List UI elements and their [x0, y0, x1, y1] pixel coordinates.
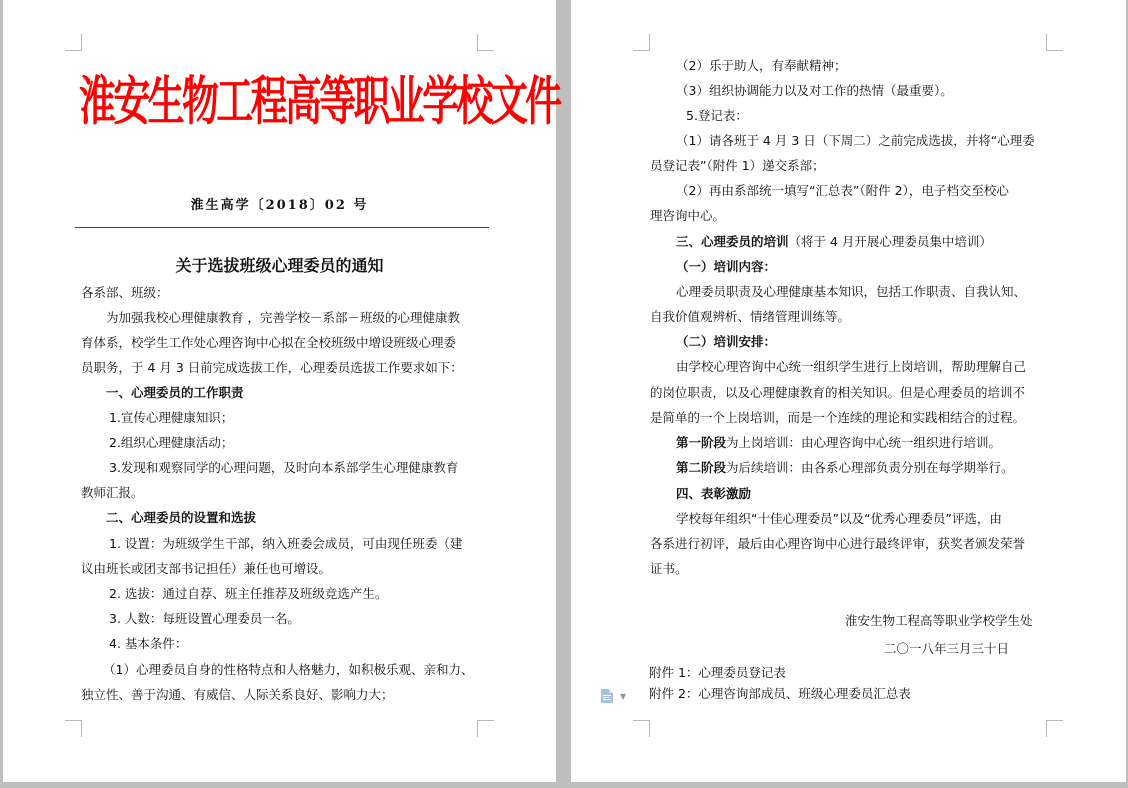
body-line: 育体系，校学生工作处心理咨询中心拟在全校班级中增设班级心理委 — [81, 334, 456, 352]
body-line: 的岗位职责，以及心理健康教育的相关知识。但是心理委员的培训不 — [650, 384, 1025, 402]
body-line: 员职务，于 4 月 3 日前完成选拔工作，心理委员选拔工作要求如下： — [81, 359, 463, 377]
body-line: 5.登记表： — [686, 107, 748, 125]
body-line: 心理委员职责及心理健康基本知识，包括工作职责、自我认知、 — [676, 283, 1026, 301]
margin-mark-top-left — [65, 34, 82, 51]
body-line: 1.宣传心理健康知识； — [109, 409, 233, 427]
body-line: 由学校心理咨询中心统一组织学生进行上岗培训，帮助理解自己 — [676, 358, 1026, 376]
paste-options-dropdown-icon[interactable]: ▼ — [620, 692, 626, 701]
section-heading-3-note: （将于 4 月开展心理委员集中培训） — [789, 234, 992, 249]
section-heading-2: 二、心理委员的设置和选拔 — [106, 509, 256, 527]
margin-mark-bottom-right — [1046, 720, 1063, 737]
margin-mark-top-left — [633, 34, 650, 51]
attachment-2: 附件 2：心理咨询部成员、班级心理委员汇总表 — [649, 685, 911, 703]
body-line: 各系进行初评，最后由心理咨询中心进行最终评审，获奖者颁发荣誉 — [650, 535, 1025, 553]
signature-date: 二〇一八年三月三十日 — [884, 640, 1009, 658]
salutation: 各系部、班级： — [81, 284, 169, 302]
margin-mark-top-right — [477, 34, 494, 51]
margin-mark-bottom-right — [477, 720, 494, 737]
document-number: 淮生高学〔2018〕02 号 — [3, 194, 556, 213]
body-line: （2）乐于助人，有奉献精神； — [676, 57, 846, 75]
red-divider — [75, 227, 489, 228]
subheading-training-content: （一）培训内容： — [676, 258, 776, 276]
stage-two-text: 为后续培训：由各系心理部负责分别在每学期举行。 — [726, 460, 1014, 475]
body-line: 2. 选拔：通过自荐、班主任推荐及班级竞选产生。 — [109, 585, 387, 603]
body-line: （2）再由系部统一填写“汇总表”（附件 2），电子档交至校心 — [676, 182, 1009, 200]
body-line: 4. 基本条件： — [109, 635, 187, 653]
section-heading-4: 四、表彰激励 — [676, 485, 751, 503]
attachment-1: 附件 1：心理委员登记表 — [649, 664, 786, 682]
section-heading-3-label: 三、心理委员的培训 — [676, 234, 789, 249]
body-line: 是简单的一个上岗培训，而是一个连续的理论和实践相结合的过程。 — [650, 409, 1025, 427]
notice-title: 关于选拔班级心理委员的通知 — [3, 253, 556, 276]
stage-one-line: 第一阶段为上岗培训：由心理咨询中心统一组织进行培训。 — [676, 434, 1001, 452]
body-line: 自我价值观辨析、情绪管理训练等。 — [650, 308, 850, 326]
body-line: 学校每年组织“十佳心理委员”以及“优秀心理委员”评选，由 — [676, 510, 1002, 528]
body-line: 教师汇报。 — [81, 484, 144, 502]
body-line: 证书。 — [650, 560, 688, 578]
body-line: 理咨询中心。 — [650, 207, 725, 225]
masthead-title: 淮安生物工程高等职业学校文件 — [79, 64, 452, 139]
body-line: 独立性、善于沟通、有威信、人际关系良好、影响力大； — [81, 686, 394, 704]
body-line: 议由班长或团支部书记担任）兼任也可增设。 — [81, 560, 331, 578]
body-line: （1）请各班于 4 月 3 日（下周二）之前完成选拔，并将“心理委 — [676, 132, 1035, 150]
body-line: 3.发现和观察同学的心理问题，及时向本系部学生心理健康教育 — [109, 459, 458, 477]
body-line: 3. 人数：每班设置心理委员一名。 — [109, 610, 300, 628]
section-heading-1: 一、心理委员的工作职责 — [106, 384, 244, 402]
signature-org: 淮安生物工程高等职业学校学生处 — [845, 612, 1033, 630]
stage-one-text: 为上岗培训：由心理咨询中心统一组织进行培训。 — [726, 435, 1001, 450]
document-page-2: （2）乐于助人，有奉献精神； （3）组织协调能力以及对工作的热情（最重要）。 5… — [571, 0, 1126, 782]
margin-mark-top-right — [1046, 34, 1063, 51]
stage-two-label: 第二阶段 — [676, 460, 726, 475]
stage-two-line: 第二阶段为后续培训：由各系心理部负责分别在每学期举行。 — [676, 459, 1014, 477]
margin-mark-bottom-left — [633, 720, 650, 737]
subheading-training-schedule: （二）培训安排： — [676, 333, 776, 351]
clipboard-paste-icon[interactable] — [601, 689, 613, 703]
body-line: 2.组织心理健康活动； — [109, 434, 233, 452]
body-line: （1）心理委员自身的性格特点和人格魅力，如积极乐观、亲和力、 — [103, 661, 473, 679]
body-line: （3）组织协调能力以及对工作的热情（最重要）。 — [676, 82, 953, 100]
body-line: 1. 设置：为班级学生干部，纳入班委会成员，可由现任班委（建 — [109, 535, 462, 553]
margin-mark-bottom-left — [65, 720, 82, 737]
document-page-1: 淮安生物工程高等职业学校文件 淮生高学〔2018〕02 号 关于选拔班级心理委员… — [3, 0, 556, 782]
stage-one-label: 第一阶段 — [676, 435, 726, 450]
body-line: 为加强我校心理健康教育 ，完善学校－系部－班级的心理健康教 — [106, 309, 460, 327]
section-heading-3: 三、心理委员的培训（将于 4 月开展心理委员集中培训） — [676, 233, 992, 251]
body-line: 员登记表”（附件 1）递交系部； — [650, 157, 825, 175]
